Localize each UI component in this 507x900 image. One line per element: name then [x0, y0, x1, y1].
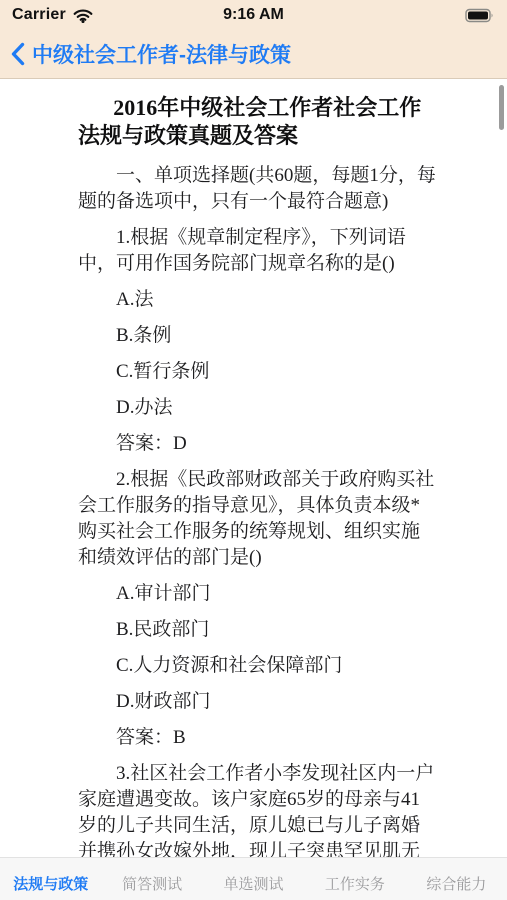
tab-comprehensive-ability[interactable]: 综合能力 — [406, 858, 507, 900]
tab-short-answer-test[interactable]: 简答测试 — [101, 858, 202, 900]
question-2: 2.根据《民政部财政部关于政府购买社会工作服务的指导意见》，具体负责本级*购买社… — [78, 467, 437, 571]
question-2-option-c: C.人力资源和社会保障部门 — [78, 653, 437, 679]
battery-icon — [465, 8, 495, 23]
question-2-option-a: A.审计部门 — [78, 581, 437, 607]
tab-work-practice[interactable]: 工作实务 — [304, 858, 405, 900]
tab-laws-and-policies[interactable]: 法规与政策 — [0, 858, 101, 900]
section-heading: 一、单项选择题(共60题，每题1分，每题的备选项中，只有一个最符合题意) — [78, 163, 437, 215]
question-1-option-a: A.法 — [78, 287, 437, 313]
question-2-option-b: B.民政部门 — [78, 617, 437, 643]
nav-bar: 中级社会工作者-法律与政策 — [0, 30, 507, 79]
nav-title: 中级社会工作者-法律与政策 — [32, 39, 291, 69]
status-time: 9:16 AM — [0, 6, 507, 24]
status-bar: Carrier 9:16 AM — [0, 0, 507, 30]
tab-bar: 法规与政策 简答测试 单选测试 工作实务 综合能力 — [0, 857, 507, 900]
scrollbar-thumb[interactable] — [499, 85, 504, 130]
app-window: Carrier 9:16 AM 中级社会工 — [0, 0, 507, 900]
back-button[interactable]: 中级社会工作者-法律与政策 — [10, 39, 291, 69]
question-1: 1.根据《规章制定程序》，下列词语中，可用作国务院部门规章名称的是() — [78, 225, 437, 277]
question-1-option-c: C.暂行条例 — [78, 359, 437, 385]
question-1-option-d: D.办法 — [78, 395, 437, 421]
question-2-option-d: D.财政部门 — [78, 689, 437, 715]
question-3: 3.社区社会工作者小李发现社区内一户家庭遭遇变故。该户家庭65岁的母亲与41岁的… — [78, 761, 437, 857]
chevron-left-icon — [10, 42, 25, 66]
document-title: 2016年中级社会工作者社会工作法规与政策真题及答案 — [78, 94, 437, 150]
document-scroll-area[interactable]: 2016年中级社会工作者社会工作法规与政策真题及答案 一、单项选择题(共60题，… — [0, 80, 507, 857]
question-1-option-b: B.条例 — [78, 323, 437, 349]
question-2-answer: 答案：B — [78, 725, 437, 751]
question-1-answer: 答案：D — [78, 431, 437, 457]
tab-single-choice-test[interactable]: 单选测试 — [203, 858, 304, 900]
